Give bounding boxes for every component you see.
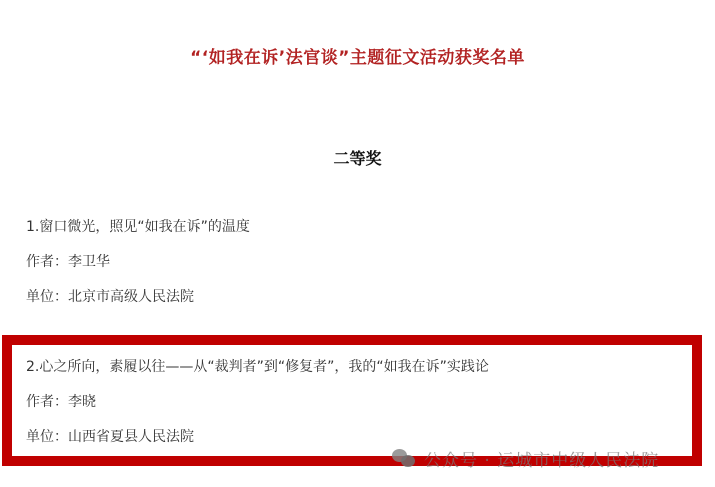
- document-title: “‘如我在诉’法官谈”主题征文活动获奖名单: [0, 44, 715, 72]
- section-heading: 二等奖: [0, 145, 715, 173]
- wechat-icon: [392, 447, 418, 469]
- entry-title: 2.心之所向，素履以往——从“裁判者”到“修复者”，我的“如我在诉”实践论: [26, 357, 489, 377]
- entry-unit: 单位：北京市高级人民法院: [26, 287, 250, 307]
- entry-title: 1.窗口微光，照见“如我在诉”的温度: [26, 217, 250, 237]
- watermark: 公众号 · 运城市中级人民法院: [392, 446, 659, 470]
- entry-unit: 单位：山西省夏县人民法院: [26, 427, 489, 447]
- watermark-text: 公众号 · 运城市中级人民法院: [424, 446, 659, 471]
- entry-author: 作者：李卫华: [26, 252, 250, 272]
- entry-author: 作者：李晓: [26, 392, 489, 412]
- entry-1: 1.窗口微光，照见“如我在诉”的温度 作者：李卫华 单位：北京市高级人民法院: [26, 217, 250, 322]
